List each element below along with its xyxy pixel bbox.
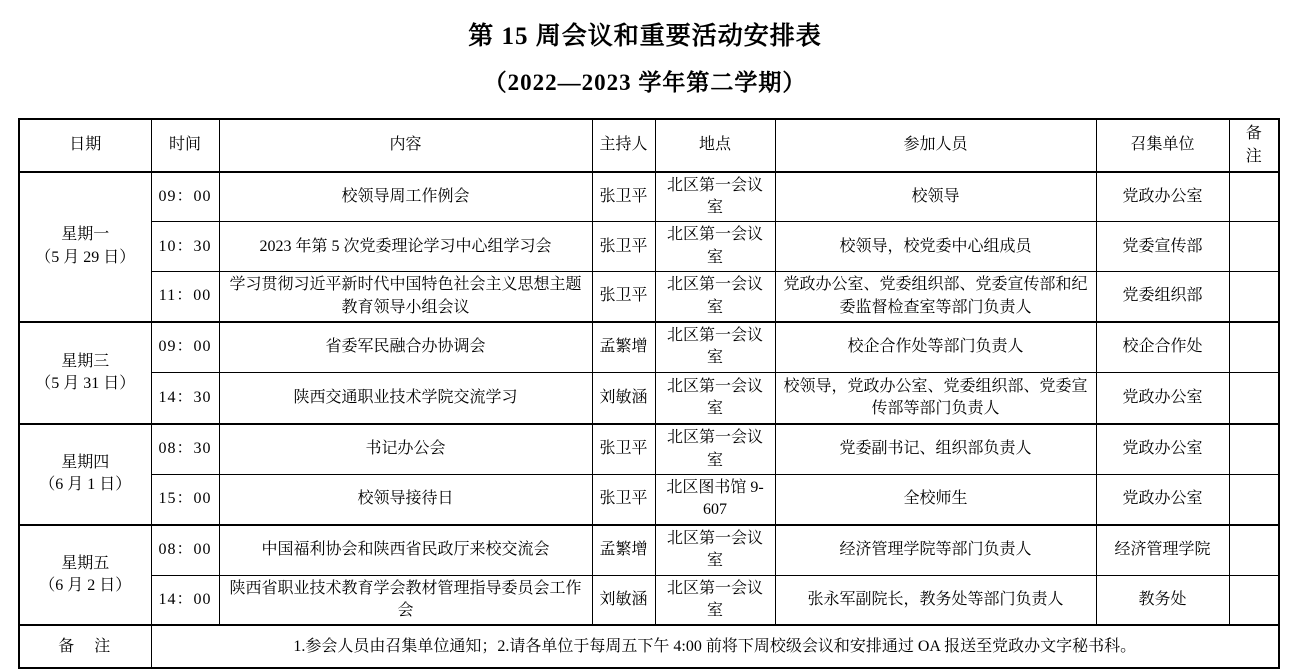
day-cell-thursday: 星期四 （6 月 1 日） <box>19 424 151 525</box>
cell-content: 陕西省职业技术教育学会教材管理指导委员会工作会 <box>219 575 592 625</box>
cell-content: 陕西交通职业技术学院交流学习 <box>219 372 592 424</box>
remarks-label: 备 注 <box>19 625 151 668</box>
col-header-note-label: 备注 <box>1245 122 1263 168</box>
cell-host: 孟繁增 <box>592 525 655 575</box>
header-row: 日期 时间 内容 主持人 地点 参加人员 召集单位 备注 <box>19 119 1279 172</box>
cell-note <box>1229 474 1279 524</box>
cell-participants: 党政办公室、党委组织部、党委宣传部和纪委监督检查室等部门负责人 <box>775 272 1096 322</box>
schedule-row: 10：30 2023 年第 5 次党委理论学习中心组学习会 张卫平 北区第一会议… <box>19 222 1279 272</box>
col-header-date: 日期 <box>19 119 151 172</box>
day-cell-wednesday: 星期三 （5 月 31 日） <box>19 322 151 424</box>
cell-participants: 张永军副院长，教务处等部门负责人 <box>775 575 1096 625</box>
cell-participants: 校领导，校党委中心组成员 <box>775 222 1096 272</box>
cell-note <box>1229 525 1279 575</box>
cell-organizer: 党委组织部 <box>1096 272 1229 322</box>
cell-note <box>1229 172 1279 222</box>
cell-content: 中国福利协会和陕西省民政厅来校交流会 <box>219 525 592 575</box>
cell-organizer: 校企合作处 <box>1096 322 1229 372</box>
page-subtitle: （2022—2023 学年第二学期） <box>0 64 1290 97</box>
cell-note <box>1229 272 1279 322</box>
cell-host: 张卫平 <box>592 474 655 524</box>
cell-time: 11：00 <box>151 272 219 322</box>
cell-location: 北区第一会议室 <box>655 372 775 424</box>
col-header-host: 主持人 <box>592 119 655 172</box>
cell-time: 09：00 <box>151 172 219 222</box>
cell-note <box>1229 222 1279 272</box>
schedule-row: 星期一 （5 月 29 日） 09：00 校领导周工作例会 张卫平 北区第一会议… <box>19 172 1279 222</box>
cell-organizer: 党政办公室 <box>1096 424 1229 474</box>
cell-content: 2023 年第 5 次党委理论学习中心组学习会 <box>219 222 592 272</box>
cell-organizer: 党政办公室 <box>1096 372 1229 424</box>
schedule-row: 星期三 （5 月 31 日） 09：00 省委军民融合办协调会 孟繁增 北区第一… <box>19 322 1279 372</box>
page-title: 第 15 周会议和重要活动安排表 <box>0 0 1290 52</box>
cell-organizer: 党委宣传部 <box>1096 222 1229 272</box>
cell-time: 15：00 <box>151 474 219 524</box>
remarks-row: 备 注 1.参会人员由召集单位通知；2.请各单位于每周五下午 4:00 前将下周… <box>19 625 1279 668</box>
cell-location: 北区第一会议室 <box>655 222 775 272</box>
cell-participants: 校领导，党政办公室、党委组织部、党委宣传部等部门负责人 <box>775 372 1096 424</box>
cell-host: 张卫平 <box>592 172 655 222</box>
cell-content: 校领导周工作例会 <box>219 172 592 222</box>
col-header-participants: 参加人员 <box>775 119 1096 172</box>
remarks-text: 1.参会人员由召集单位通知；2.请各单位于每周五下午 4:00 前将下周校级会议… <box>151 625 1279 668</box>
cell-note <box>1229 575 1279 625</box>
cell-location: 北区第一会议室 <box>655 272 775 322</box>
cell-location: 北区第一会议室 <box>655 575 775 625</box>
cell-participants: 校领导 <box>775 172 1096 222</box>
cell-host: 张卫平 <box>592 222 655 272</box>
cell-time: 14：00 <box>151 575 219 625</box>
cell-location: 北区第一会议室 <box>655 322 775 372</box>
col-header-note: 备注 <box>1229 119 1279 172</box>
schedule-row: 星期四 （6 月 1 日） 08：30 书记办公会 张卫平 北区第一会议室 党委… <box>19 424 1279 474</box>
cell-host: 张卫平 <box>592 424 655 474</box>
cell-organizer: 教务处 <box>1096 575 1229 625</box>
cell-organizer: 党政办公室 <box>1096 172 1229 222</box>
cell-time: 08：00 <box>151 525 219 575</box>
cell-time: 10：30 <box>151 222 219 272</box>
cell-participants: 全校师生 <box>775 474 1096 524</box>
cell-organizer: 经济管理学院 <box>1096 525 1229 575</box>
cell-location: 北区第一会议室 <box>655 525 775 575</box>
col-header-content: 内容 <box>219 119 592 172</box>
cell-host: 孟繁增 <box>592 322 655 372</box>
cell-note <box>1229 424 1279 474</box>
col-header-organizer: 召集单位 <box>1096 119 1229 172</box>
cell-content: 校领导接待日 <box>219 474 592 524</box>
cell-location: 北区第一会议室 <box>655 172 775 222</box>
cell-content: 书记办公会 <box>219 424 592 474</box>
cell-time: 08：30 <box>151 424 219 474</box>
day-cell-monday: 星期一 （5 月 29 日） <box>19 172 151 322</box>
cell-time: 14：30 <box>151 372 219 424</box>
cell-host: 刘敏涵 <box>592 372 655 424</box>
cell-note <box>1229 372 1279 424</box>
schedule-row: 11：00 学习贯彻习近平新时代中国特色社会主义思想主题教育领导小组会议 张卫平… <box>19 272 1279 322</box>
cell-participants: 党委副书记、组织部负责人 <box>775 424 1096 474</box>
cell-location: 北区第一会议室 <box>655 424 775 474</box>
col-header-time: 时间 <box>151 119 219 172</box>
cell-organizer: 党政办公室 <box>1096 474 1229 524</box>
cell-participants: 经济管理学院等部门负责人 <box>775 525 1096 575</box>
cell-location: 北区图书馆 9-607 <box>655 474 775 524</box>
cell-content: 学习贯彻习近平新时代中国特色社会主义思想主题教育领导小组会议 <box>219 272 592 322</box>
col-header-location: 地点 <box>655 119 775 172</box>
cell-host: 刘敏涵 <box>592 575 655 625</box>
day-cell-friday: 星期五 （6 月 2 日） <box>19 525 151 626</box>
cell-participants: 校企合作处等部门负责人 <box>775 322 1096 372</box>
schedule-row: 15：00 校领导接待日 张卫平 北区图书馆 9-607 全校师生 党政办公室 <box>19 474 1279 524</box>
schedule-row: 星期五 （6 月 2 日） 08：00 中国福利协会和陕西省民政厅来校交流会 孟… <box>19 525 1279 575</box>
schedule-row: 14：00 陕西省职业技术教育学会教材管理指导委员会工作会 刘敏涵 北区第一会议… <box>19 575 1279 625</box>
cell-content: 省委军民融合办协调会 <box>219 322 592 372</box>
cell-host: 张卫平 <box>592 272 655 322</box>
cell-note <box>1229 322 1279 372</box>
schedule-row: 14：30 陕西交通职业技术学院交流学习 刘敏涵 北区第一会议室 校领导，党政办… <box>19 372 1279 424</box>
schedule-table: 日期 时间 内容 主持人 地点 参加人员 召集单位 备注 星期一 （5 月 29… <box>18 118 1280 669</box>
cell-time: 09：00 <box>151 322 219 372</box>
